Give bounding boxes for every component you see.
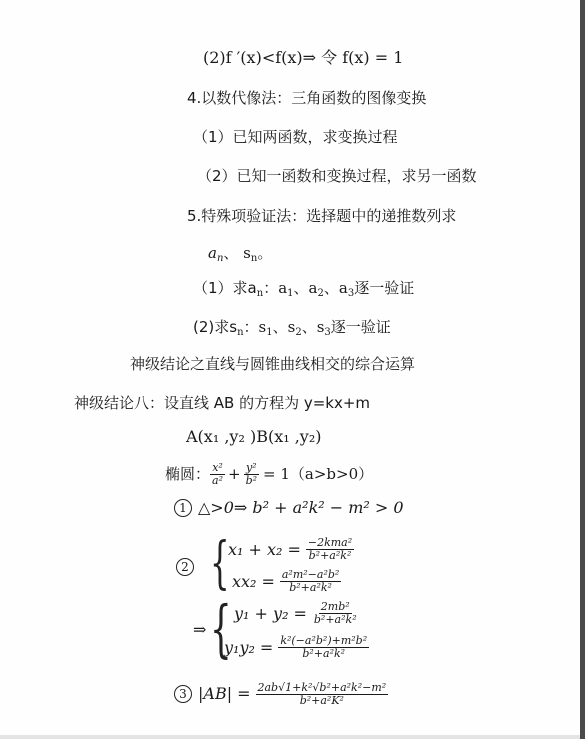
a-n-symbol: an (208, 244, 223, 262)
chord-length-fraction: 2ab√1+k²√b²+a²k²−m²b²+a²K² (256, 682, 389, 707)
method-5-continuation: an、 sn。 (208, 243, 272, 269)
conclusion-8-statement: 神级结论八：设直线 AB 的方程为 y=kx+m (74, 393, 370, 413)
implies-arrow: ⇒ (193, 620, 206, 640)
method-5-item-2: (2)求sn：s1、s2、s3逐一验证 (193, 317, 391, 343)
section-heading: 神级结论之直线与圆锥曲线相交的综合运算 (130, 354, 415, 374)
eq-x-sum: x₁ + x₂= −2kma²b²+a²k² (228, 537, 354, 562)
fraction-y2-b2: y²b² (244, 462, 259, 487)
method-4-item-2: （2）已知一函数和变换过程，求另一函数 (197, 166, 477, 186)
viewer-bottom-edge (0, 735, 580, 739)
circled-number-3: 3 (174, 685, 192, 703)
document-page: (2)f ′(x)<f(x)⇒ 令 f(x) = 1 4.以数代像法：三角函数的… (0, 0, 580, 735)
method-5-item-1: （1）求an：a1、a2、a3逐一验证 (193, 278, 414, 304)
method-4-item-1: （1）已知两函数，求变换过程 (193, 127, 398, 147)
fraction-x2-a2: x²a² (210, 462, 225, 487)
points-ab: A(x₁ ,y₂ )B(x₁ ,y₂) (186, 427, 322, 447)
item-3-chord-length: 3 |AB| = 2ab√1+k²√b²+a²k²−m²b²+a²K² (174, 678, 388, 710)
circled-number-1: 1 (174, 499, 192, 517)
eq-y-sum: y₁ + y₂= 2mb²b²+a²k² (234, 601, 359, 626)
item-1-discriminant: 1 △>0⇒ b² + a²k² − m² > 0 (174, 498, 404, 518)
derivative-hint-line: (2)f ′(x)<f(x)⇒ 令 f(x) = 1 (203, 48, 403, 68)
circled-number-2: 2 (176, 558, 194, 576)
viewer-right-edge (580, 0, 585, 739)
left-brace-x: { (210, 534, 230, 594)
eq-x-product: xx₂= a²m²−a²b²b²+a²k² (232, 569, 341, 594)
method-4-heading: 4.以数代像法：三角函数的图像变换 (187, 88, 426, 108)
item-2-marker-wrap: 2 (176, 556, 194, 576)
ellipse-equation: 椭圆： x²a² + y²b² = 1（a>b>0） (165, 458, 373, 490)
method-5-heading: 5.特殊项验证法：选择题中的递推数列求 (187, 206, 456, 226)
eq-y-product: y₁y₂= k²(−a²b²)+m²b²b²+a²k² (224, 635, 369, 660)
